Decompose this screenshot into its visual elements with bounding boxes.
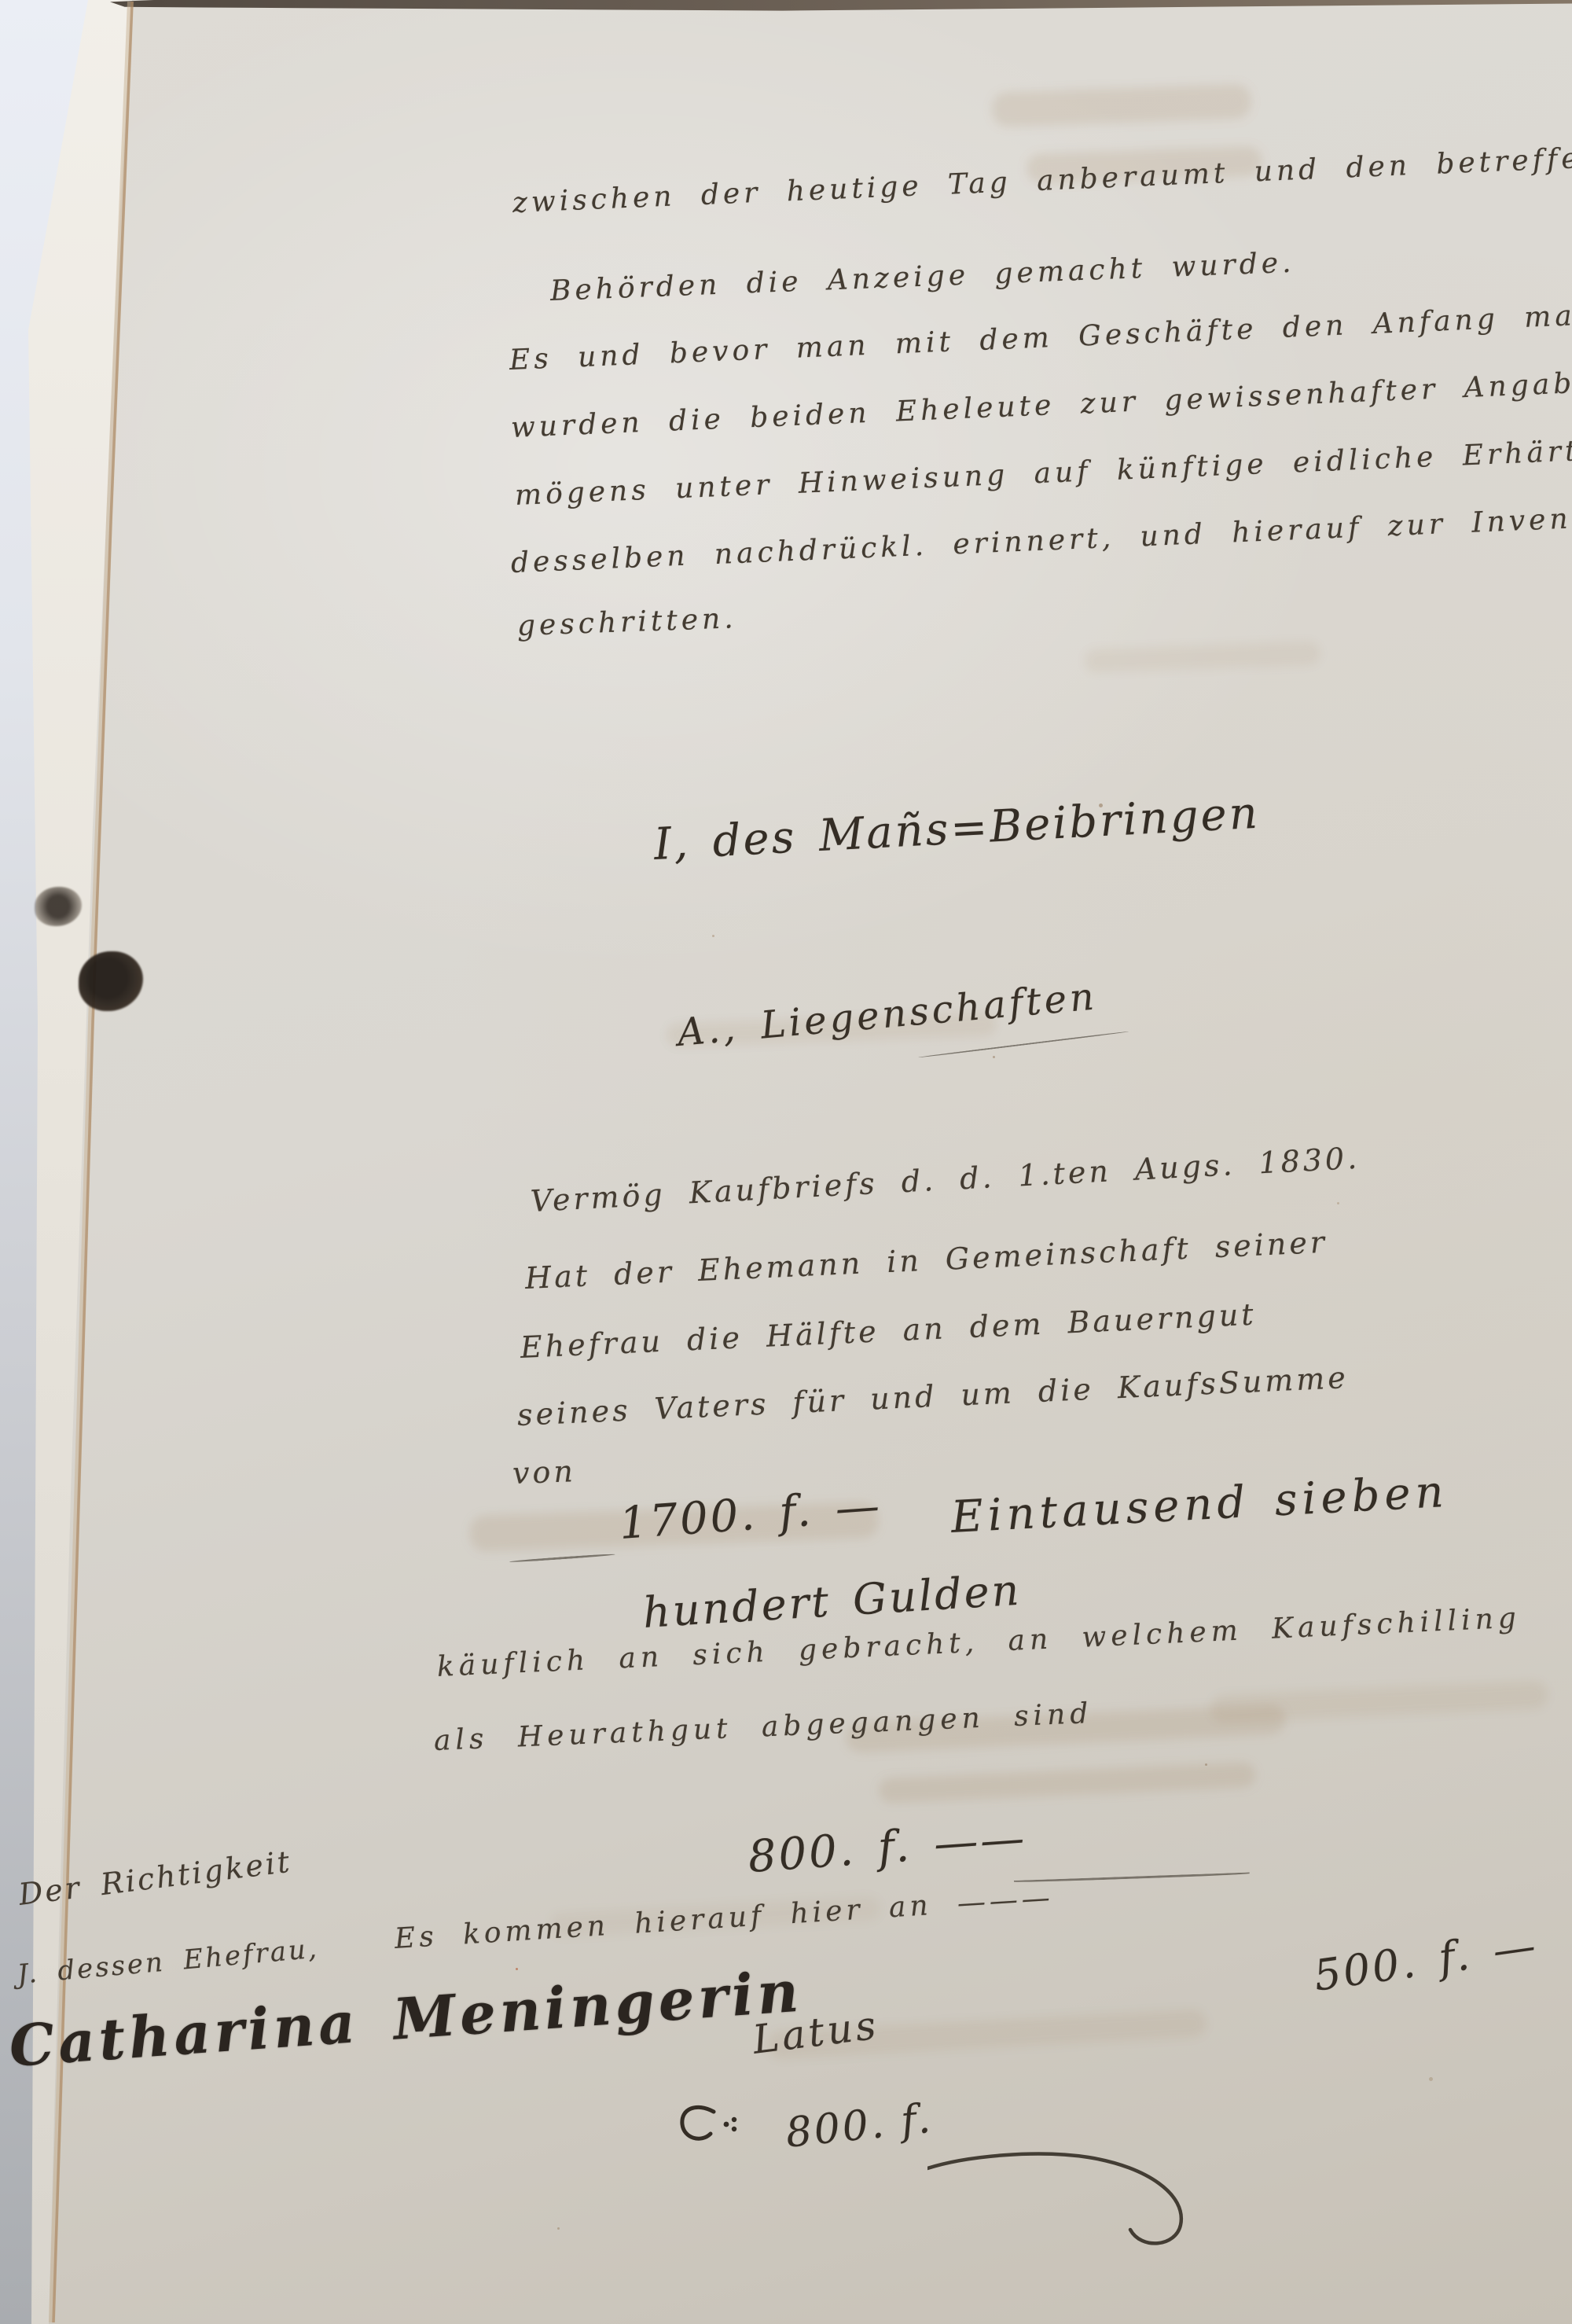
- paper-specks: [0, 0, 4, 4]
- photographed-manuscript: zwischen der heutige Tag anberaumt und d…: [0, 0, 1572, 2324]
- pen-flourish: [927, 2123, 1210, 2264]
- text-line: von: [512, 1454, 576, 1491]
- footer-abbreviation-mark: [674, 2098, 761, 2176]
